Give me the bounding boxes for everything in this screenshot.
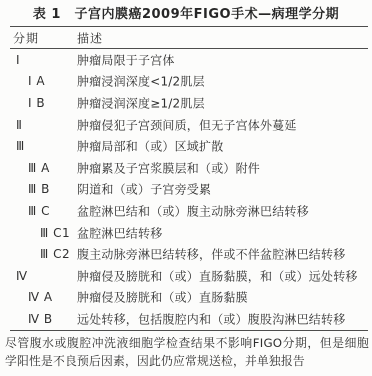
table-row: Ⅰ肿瘤局限于子宫体 [0, 49, 372, 71]
table-row: Ⅰ A肿瘤浸润深度<1/2肌层 [0, 71, 372, 93]
table-row: Ⅰ B肿瘤浸润深度≥1/2肌层 [0, 92, 372, 114]
table-footnote: 尽管腹水或腹腔冲洗液细胞学检查结果不影响FIGO分期，但是细胞学阳性是不良预后因… [5, 334, 369, 371]
table-row: Ⅳ B远处转移，包括腹腔内和（或）腹股沟淋巴结转移 [0, 308, 372, 330]
description-cell: 肿瘤局部和（或）区域扩散 [77, 138, 223, 155]
table-row: Ⅱ肿瘤侵犯子宫颈间质，但无子宫体外蔓延 [0, 114, 372, 136]
description-cell: 肿瘤侵及膀胱和（或）直肠黏膜，和（或）远处转移 [77, 267, 358, 284]
stage-cell: Ⅰ B [28, 96, 45, 110]
stage-cell: Ⅲ C2 [40, 247, 70, 261]
stage-cell: Ⅱ [16, 118, 22, 132]
description-cell: 肿瘤侵及膀胱和（或）直肠黏膜 [77, 289, 248, 306]
description-cell: 腹主动脉旁淋巴结转移，伴或不伴盆腔淋巴结转移 [77, 246, 345, 263]
table-row: Ⅲ C1盆腔淋巴结转移 [0, 222, 372, 244]
description-cell: 盆腔淋巴结和（或）腹主动脉旁淋巴结转移 [77, 202, 309, 219]
stage-cell: Ⅳ [16, 269, 28, 283]
description-cell: 远处转移，包括腹腔内和（或）腹股沟淋巴结转移 [77, 310, 345, 327]
table-row: Ⅲ A肿瘤累及子宫浆膜层和（或）附件 [0, 157, 372, 179]
description-cell: 肿瘤侵犯子宫颈间质，但无子宫体外蔓延 [77, 116, 297, 133]
stage-cell: Ⅲ C1 [40, 226, 70, 240]
table-row: Ⅲ B阴道和（或）子宫旁受累 [0, 179, 372, 201]
table-row: Ⅲ肿瘤局部和（或）区域扩散 [0, 135, 372, 157]
stage-cell: Ⅲ B [28, 182, 50, 196]
description-cell: 阴道和（或）子宫旁受累 [77, 181, 211, 198]
table-row: Ⅳ A肿瘤侵及膀胱和（或）直肠黏膜 [0, 287, 372, 309]
stage-cell: Ⅰ [16, 53, 20, 67]
footnote-rule [10, 330, 368, 331]
table-body: Ⅰ肿瘤局限于子宫体Ⅰ A肿瘤浸润深度<1/2肌层Ⅰ B肿瘤浸润深度≥1/2肌层Ⅱ… [0, 49, 372, 330]
description-cell: 肿瘤浸润深度≥1/2肌层 [77, 94, 205, 111]
description-cell: 肿瘤浸润深度<1/2肌层 [77, 73, 205, 90]
table-row: Ⅳ肿瘤侵及膀胱和（或）直肠黏膜，和（或）远处转移 [0, 265, 372, 287]
stage-cell: Ⅳ B [28, 312, 53, 326]
stage-cell: Ⅳ A [28, 290, 53, 304]
description-column-header: 描述 [77, 29, 103, 46]
table-header: 分期 描述 [0, 27, 372, 48]
description-cell: 肿瘤累及子宫浆膜层和（或）附件 [77, 159, 260, 176]
stage-cell: Ⅲ C [28, 204, 50, 218]
table-title: 表 1 子宫内膜癌2009年FIGO手术—病理学分期 [0, 0, 372, 23]
description-cell: 肿瘤局限于子宫体 [77, 51, 175, 68]
figo-staging-table: 表 1 子宫内膜癌2009年FIGO手术—病理学分期 分期 描述 Ⅰ肿瘤局限于子… [0, 0, 372, 376]
stage-cell: Ⅰ A [28, 74, 45, 88]
table-row: Ⅲ C2腹主动脉旁淋巴结转移，伴或不伴盆腔淋巴结转移 [0, 243, 372, 265]
stage-cell: Ⅲ A [28, 161, 50, 175]
description-cell: 盆腔淋巴结转移 [77, 224, 162, 241]
stage-column-header: 分期 [13, 29, 39, 46]
stage-cell: Ⅲ [16, 139, 25, 153]
table-row: Ⅲ C盆腔淋巴结和（或）腹主动脉旁淋巴结转移 [0, 200, 372, 222]
